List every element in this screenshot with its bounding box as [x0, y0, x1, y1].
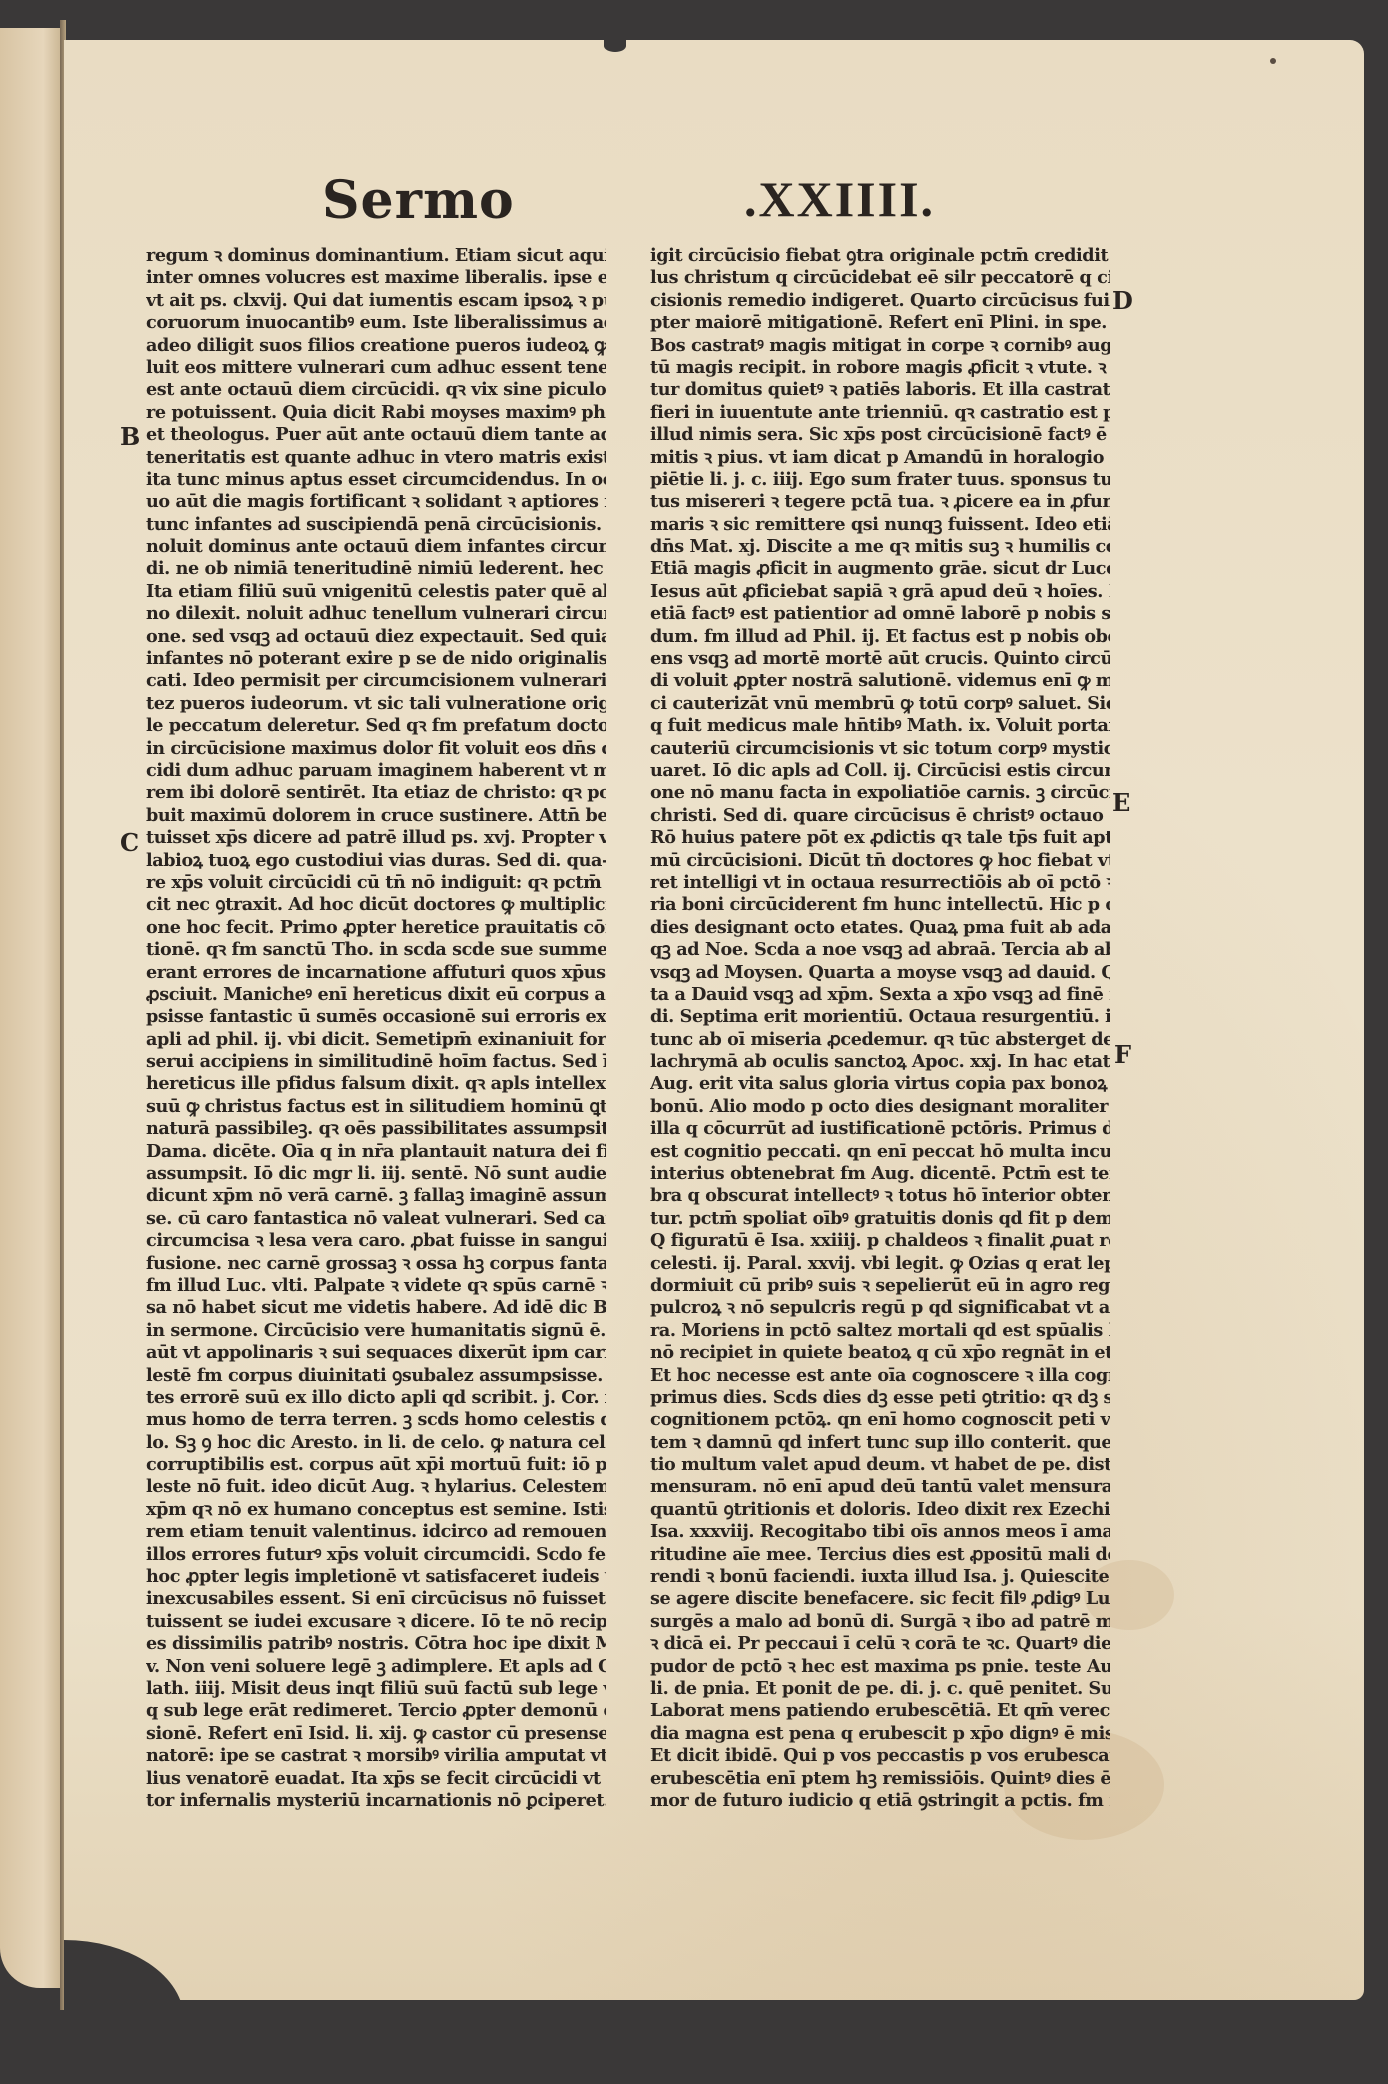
text-line: coruorum inuocantibꝰ eum. Iste liberalis… [146, 312, 606, 334]
text-line: et theologus. Puer aūt ante octauū diem … [146, 424, 606, 446]
text-line: noluit dominus ante octauū diem infantes… [146, 536, 606, 558]
text-line: cati. Ideo permisit per circumcisionem v… [146, 670, 606, 692]
text-line: ret intelligi vt in octaua resurrectiōis… [650, 872, 1110, 894]
running-head-left: Sermo [322, 170, 515, 231]
text-line: se agere discite benefacere. sic fecit f… [650, 1588, 1110, 1610]
text-line: one. sed vsqꝫ ad octauū diez expectauit.… [146, 626, 606, 648]
text-line: pter maiorē mitigationē. Refert enī Plin… [650, 312, 1110, 334]
text-line: di voluit ꝓpter nostrā salutionē. videmu… [650, 670, 1110, 692]
text-line: interius obtenebrat fm Aug. dicentē. Pct… [650, 1163, 1110, 1185]
text-line: ens vsqꝫ ad mortē mortē aūt crucis. Quin… [650, 648, 1110, 670]
text-line: bra q obscurat intellectꝰ ꝛ totus hō īnt… [650, 1185, 1110, 1207]
text-line: dicunt xp̄m nō verā carnē. ꝫ fallaꝫ imag… [146, 1185, 606, 1207]
text-line: circumcisa ꝛ lesa vera caro. ꝓbat fuisse… [146, 1230, 606, 1252]
text-line: erant errores de incarnatione affuturi q… [146, 962, 606, 984]
text-line: rem etiam tenuit valentinus. idcirco ad … [146, 1521, 606, 1543]
margin-letter-c: C [120, 828, 139, 857]
previous-leaf-edge [0, 28, 62, 1988]
text-line: in sermone. Circūcisio vere humanitatis … [146, 1320, 606, 1342]
text-line: tur domitus quietꝰ ꝛ patiēs laboris. Et … [650, 379, 1110, 401]
text-line: re xp̄s voluit circūcidi cū tn̄ nō indig… [146, 872, 606, 894]
text-line: cidi dum adhuc paruam imaginem haberent … [146, 760, 606, 782]
text-line: naturā passibileꝫ. qꝛ oēs passibilitates… [146, 1118, 606, 1140]
running-head: Sermo .XXIIII. [64, 170, 1364, 240]
margin-letter-f: F [1114, 1040, 1131, 1069]
text-line: dn̄s Mat. xj. Discite a me qꝛ mitis suꝫ … [650, 536, 1110, 558]
text-line: tem ꝛ damnū qd infert tunc sup illo cont… [650, 1432, 1110, 1454]
text-line: psisse fantastic ū sumēs occasionē sui e… [146, 1006, 606, 1028]
text-line: Aug. erit vita salus gloria virtus copia… [650, 1073, 1110, 1095]
text-line: luit eos mittere vulnerari cum adhuc ess… [146, 357, 606, 379]
text-line: suū ꝙ christus factus est in silitudiem … [146, 1096, 606, 1118]
text-line: Laborat mens patiendo erubescētiā. Et qm… [650, 1700, 1110, 1722]
text-line: uo aūt die magis fortificant ꝛ solidant … [146, 491, 606, 513]
text-line: infantes nō poterant exire p se de nido … [146, 648, 606, 670]
text-line: nō recipiet in quiete beatoꝝ q cū xp̄o r… [650, 1342, 1110, 1364]
text-line: q fuit medicus male hn̄tibꝰ Math. ix. Vo… [650, 715, 1110, 737]
text-line: dum. fm illud ad Phil. ij. Et factus est… [650, 626, 1110, 648]
text-line: uaret. Iō dic apls ad Coll. ij. Circūcis… [650, 760, 1110, 782]
text-line: vsqꝫ ad Moysen. Quarta a moyse vsqꝫ ad d… [650, 962, 1110, 984]
text-line: corruptibilis est. corpus aūt xp̄i mortu… [146, 1454, 606, 1476]
text-line: tuissent se iudei excusare ꝛ dicere. Iō … [146, 1611, 606, 1633]
text-line: hereticus ille pfidus falsum dixit. qꝛ a… [146, 1073, 606, 1095]
text-line: Ita etiam filiū suū vnigenitū celestis p… [146, 581, 606, 603]
text-line: ita tunc minus aptus esset circumcidendu… [146, 469, 606, 491]
text-line: tio multum valet apud deum. vt habet de … [650, 1454, 1110, 1476]
text-line: assumpsit. Iō dic mgr li. iij. sentē. Nō… [146, 1163, 606, 1185]
text-line: bonū. Alio modo p octo dies designant mo… [650, 1096, 1110, 1118]
text-line: rem ibi dolorē sentirēt. Ita etiaz de ch… [146, 782, 606, 804]
text-line: illud nimis sera. Sic xp̄s post circūcis… [650, 424, 1110, 446]
text-line: Et dicit ibidē. Qui p vos peccastis p vo… [650, 1745, 1110, 1767]
text-line: qꝫ ad Noe. Scda a noe vsqꝫ ad abraā. Ter… [650, 939, 1110, 961]
text-line: maris ꝛ sic remittere qsi nunqꝫ fuissent… [650, 514, 1110, 536]
margin-letter-e: E [1112, 788, 1130, 817]
text-line: tionē. qꝛ fm sanctū Tho. in scda scde su… [146, 939, 606, 961]
text-line: vt ait ps. clxvij. Qui dat iumentis esca… [146, 290, 606, 312]
text-line: Dama. dicēte. Oīa q in nr̄a plantauit na… [146, 1141, 606, 1163]
text-line: fm illud Luc. vlti. Palpate ꝛ videte qꝛ … [146, 1275, 606, 1297]
paper-tear [604, 40, 626, 52]
text-line: lestē fm corpus diuinitati ꝯsubalez assu… [146, 1365, 606, 1387]
text-line: Rō huius patere pōt ex ꝓdictis qꝛ tale t… [650, 827, 1110, 849]
text-line: illa q cōcurrūt ad iustificationē pctōri… [650, 1118, 1110, 1140]
text-line: est ante octauū diem circūcidi. qꝛ vix s… [146, 379, 606, 401]
text-line: tus misereri ꝛ tegere pctā tua. ꝛ ꝓicere… [650, 491, 1110, 513]
text-line: di. ne ob nimiā teneritudinē nimiū leder… [146, 558, 606, 580]
text-line: Iesus aūt ꝓficiebat sapiā ꝛ grā apud deū… [650, 581, 1110, 603]
text-line: igit circūcisio fiebat ꝯtra originale pc… [650, 245, 1110, 267]
text-line: lus christum q circūcidebat eē silr pecc… [650, 267, 1110, 289]
text-line: tunc infantes ad suscipiendā penā circūc… [146, 514, 606, 536]
book-page: Sermo .XXIIII. regum ꝛ dominus dominanti… [64, 40, 1364, 2000]
text-line: Bos castratꝰ magis mitigat in corpe ꝛ co… [650, 335, 1110, 357]
text-line: es dissimilis patribꝰ nostris. Cōtra hoc… [146, 1633, 606, 1655]
text-line: cisionis remedio indigeret. Quarto circū… [650, 290, 1110, 312]
text-line: ꝛ dicā ei. Pr peccaui ī celū ꝛ corā te ꝛ… [650, 1633, 1110, 1655]
text-line: lath. iiij. Misit deus inqt filiū suū fa… [146, 1678, 606, 1700]
text-line: cognitionem pctōꝝ. qn enī homo cognoscit… [650, 1409, 1110, 1431]
running-head-right: .XXIIII. [744, 170, 935, 228]
margin-letter-b: B [120, 422, 140, 451]
text-line: labioꝝ tuoꝝ ego custodiui vias duras. Se… [146, 850, 606, 872]
text-line: ꝓsciuit. Manicheꝰ enī hereticus dixit eū… [146, 984, 606, 1006]
text-line: erubescētia enī ptem hꝫ remissiōis. Quin… [650, 1768, 1110, 1790]
text-line: mor de futuro iudicio q etiā ꝯstringit a… [650, 1790, 1110, 1812]
text-line: v. Non veni soluere legē ꝫ adimplere. Et… [146, 1656, 606, 1678]
text-line: no dilexit. noluit adhuc tenellum vulner… [146, 603, 606, 625]
text-line: Et hoc necesse est ante oīa cognoscere ꝛ… [650, 1365, 1110, 1387]
text-line: tor infernalis mysteriū incarnationis nō… [146, 1790, 606, 1812]
text-line: ria boni circūciderent fm hunc intellect… [650, 894, 1110, 916]
text-line: teneritatis est quante adhuc in vtero ma… [146, 447, 606, 469]
text-line: tez pueros iudeorum. vt sic tali vulnera… [146, 693, 606, 715]
text-line: tes errorē suū ex illo dicto apli qd scr… [146, 1387, 606, 1409]
text-line: primus dies. Scds dies dꝫ esse peti ꝯtri… [650, 1387, 1110, 1409]
text-line: leste nō fuit. ideo dicūt Aug. ꝛ hylariu… [146, 1476, 606, 1498]
text-line: rendi ꝛ bonū faciendi. iuxta illud Isa. … [650, 1566, 1110, 1588]
text-line: fieri in iuuentute ante trienniū. qꝛ cas… [650, 402, 1110, 424]
text-line: lo. Sꝫ ꝯ hoc dic Aresto. in li. de celo.… [146, 1432, 606, 1454]
left-text-column: regum ꝛ dominus dominantium. Etiam sicut… [146, 245, 606, 1812]
text-line: est cognitio peccati. qn enī peccat hō m… [650, 1141, 1110, 1163]
text-line: illos errores futurꝰ xp̄s voluit circumc… [146, 1544, 606, 1566]
text-line: lius venatorē euadat. Ita xp̄s se fecit … [146, 1768, 606, 1790]
text-line: fusione. nec carnē grossaꝫ ꝛ ossa hꝫ cor… [146, 1253, 606, 1275]
text-line: dormiuit cū pribꝰ suis ꝛ sepelierūt eū i… [650, 1275, 1110, 1297]
text-line: cauteriū circumcisionis vt sic totum cor… [650, 738, 1110, 760]
text-line: cit nec ꝯtraxit. Ad hoc dicūt doctores ꝙ… [146, 894, 606, 916]
text-line: re potuissent. Quia dicit Rabi moyses ma… [146, 402, 606, 424]
text-line: sionē. Refert enī Isid. li. xij. ꝙ casto… [146, 1723, 606, 1745]
text-line: buit maximū dolorem in cruce sustinere. … [146, 805, 606, 827]
margin-letter-d: D [1112, 286, 1133, 315]
text-line: ra. Moriens in pctō saltez mortali qd es… [650, 1320, 1110, 1342]
text-line: Etiā magis ꝓficit in augmento grāe. sicu… [650, 558, 1110, 580]
text-line: pudor de pctō ꝛ hec est maxima ps pnie. … [650, 1656, 1110, 1678]
text-line: natorē: ipe se castrat ꝛ morsibꝰ virilia… [146, 1745, 606, 1767]
text-line: etiā factꝰ est patientior ad omnē laborē… [650, 603, 1110, 625]
text-line: dies designant octo etates. Quaꝝ pma fui… [650, 917, 1110, 939]
text-line: mū circūcisioni. Dicūt tn̄ doctores ꝙ ho… [650, 850, 1110, 872]
text-line: tuisset xp̄s dicere ad patrē illud ps. x… [146, 827, 606, 849]
text-line: christi. Sed di. quare circūcisus ē chri… [650, 805, 1110, 827]
text-line: mus homo de terra terren. ꝫ scds homo ce… [146, 1409, 606, 1431]
text-line: tunc ab oī miseria ꝓcedemur. qꝛ tūc abst… [650, 1029, 1110, 1051]
text-line: le peccatum deleretur. Sed qꝛ fm prefatu… [146, 715, 606, 737]
text-line: piētie li. j. c. iiij. Ego sum frater tu… [650, 469, 1110, 491]
text-line: li. de pnia. Et ponit de pe. di. j. c. q… [650, 1678, 1110, 1700]
text-line: inter omnes volucres est maxime liberali… [146, 267, 606, 289]
text-line: pulcroꝝ ꝛ nō sepulcris regū p qd signifi… [650, 1297, 1110, 1319]
text-line: tū magis recipit. in robore magis ꝓficit… [650, 357, 1110, 379]
text-line: q sub lege erāt redimeret. Tercio ꝓpter … [146, 1700, 606, 1722]
text-line: dia magna est pena q erubescit p xp̄o di… [650, 1723, 1110, 1745]
text-line: mitis ꝛ pius. vt iam dicat p Amandū in h… [650, 447, 1110, 469]
text-line: ci cauterizāt vnū membrū ꝙ totū corpꝰ sa… [650, 693, 1110, 715]
text-line: lachrymā ab oculis sanctoꝝ Apoc. xxj. In… [650, 1051, 1110, 1073]
text-line: ritudine aīe mee. Tercius dies est ꝓposi… [650, 1544, 1110, 1566]
text-line: serui accipiens in similitudinē hoīm fac… [146, 1051, 606, 1073]
right-text-column: igit circūcisio fiebat ꝯtra originale pc… [650, 245, 1110, 1812]
text-line: sa nō habet sicut me videtis habere. Ad … [146, 1297, 606, 1319]
text-line: mensuram. nō enī apud deū tantū valet me… [650, 1476, 1110, 1498]
text-line: xp̄m qꝛ nō ex humano conceptus est semin… [146, 1499, 606, 1521]
text-line: regum ꝛ dominus dominantium. Etiam sicut… [146, 245, 606, 267]
text-line: celesti. ij. Paral. xxvij. vbi legit. ꝙ … [650, 1253, 1110, 1275]
text-line: tur. pctm̄ spoliat oībꝰ gratuitis donis … [650, 1208, 1110, 1230]
text-line: aūt vt appolinaris ꝛ sui sequaces dixerū… [146, 1342, 606, 1364]
text-line: in circūcisione maximus dolor fit voluit… [146, 738, 606, 760]
text-line: Isa. xxxviij. Recogitabo tibi oīs annos … [650, 1521, 1110, 1543]
text-line: ta a Dauid vsqꝫ ad xp̄m. Sexta a xp̄o vs… [650, 984, 1110, 1006]
text-line: Q figuratū ē Isa. xxiiij. p chaldeos ꝛ f… [650, 1230, 1110, 1252]
text-line: se. cū caro fantastica nō valeat vulnera… [146, 1208, 606, 1230]
text-line: surgēs a malo ad bonū di. Surgā ꝛ ibo ad… [650, 1611, 1110, 1633]
text-line: inexcusabiles essent. Si enī circūcisus … [146, 1588, 606, 1610]
text-line: apli ad phil. ij. vbi dicit. Semetipm̄ e… [146, 1029, 606, 1051]
text-line: adeo diligit suos filios creatione puero… [146, 335, 606, 357]
signature-mark [1270, 58, 1276, 64]
text-line: one hoc fecit. Primo ꝓpter heretice prau… [146, 917, 606, 939]
text-line: one nō manu facta in expoliatiōe carnis.… [650, 782, 1110, 804]
text-line: di. Septima erit morientiū. Octaua resur… [650, 1006, 1110, 1028]
text-line: hoc ꝓpter legis impletionē vt satisfacer… [146, 1566, 606, 1588]
text-line: quantū ꝯtritionis et doloris. Ideo dixit… [650, 1499, 1110, 1521]
